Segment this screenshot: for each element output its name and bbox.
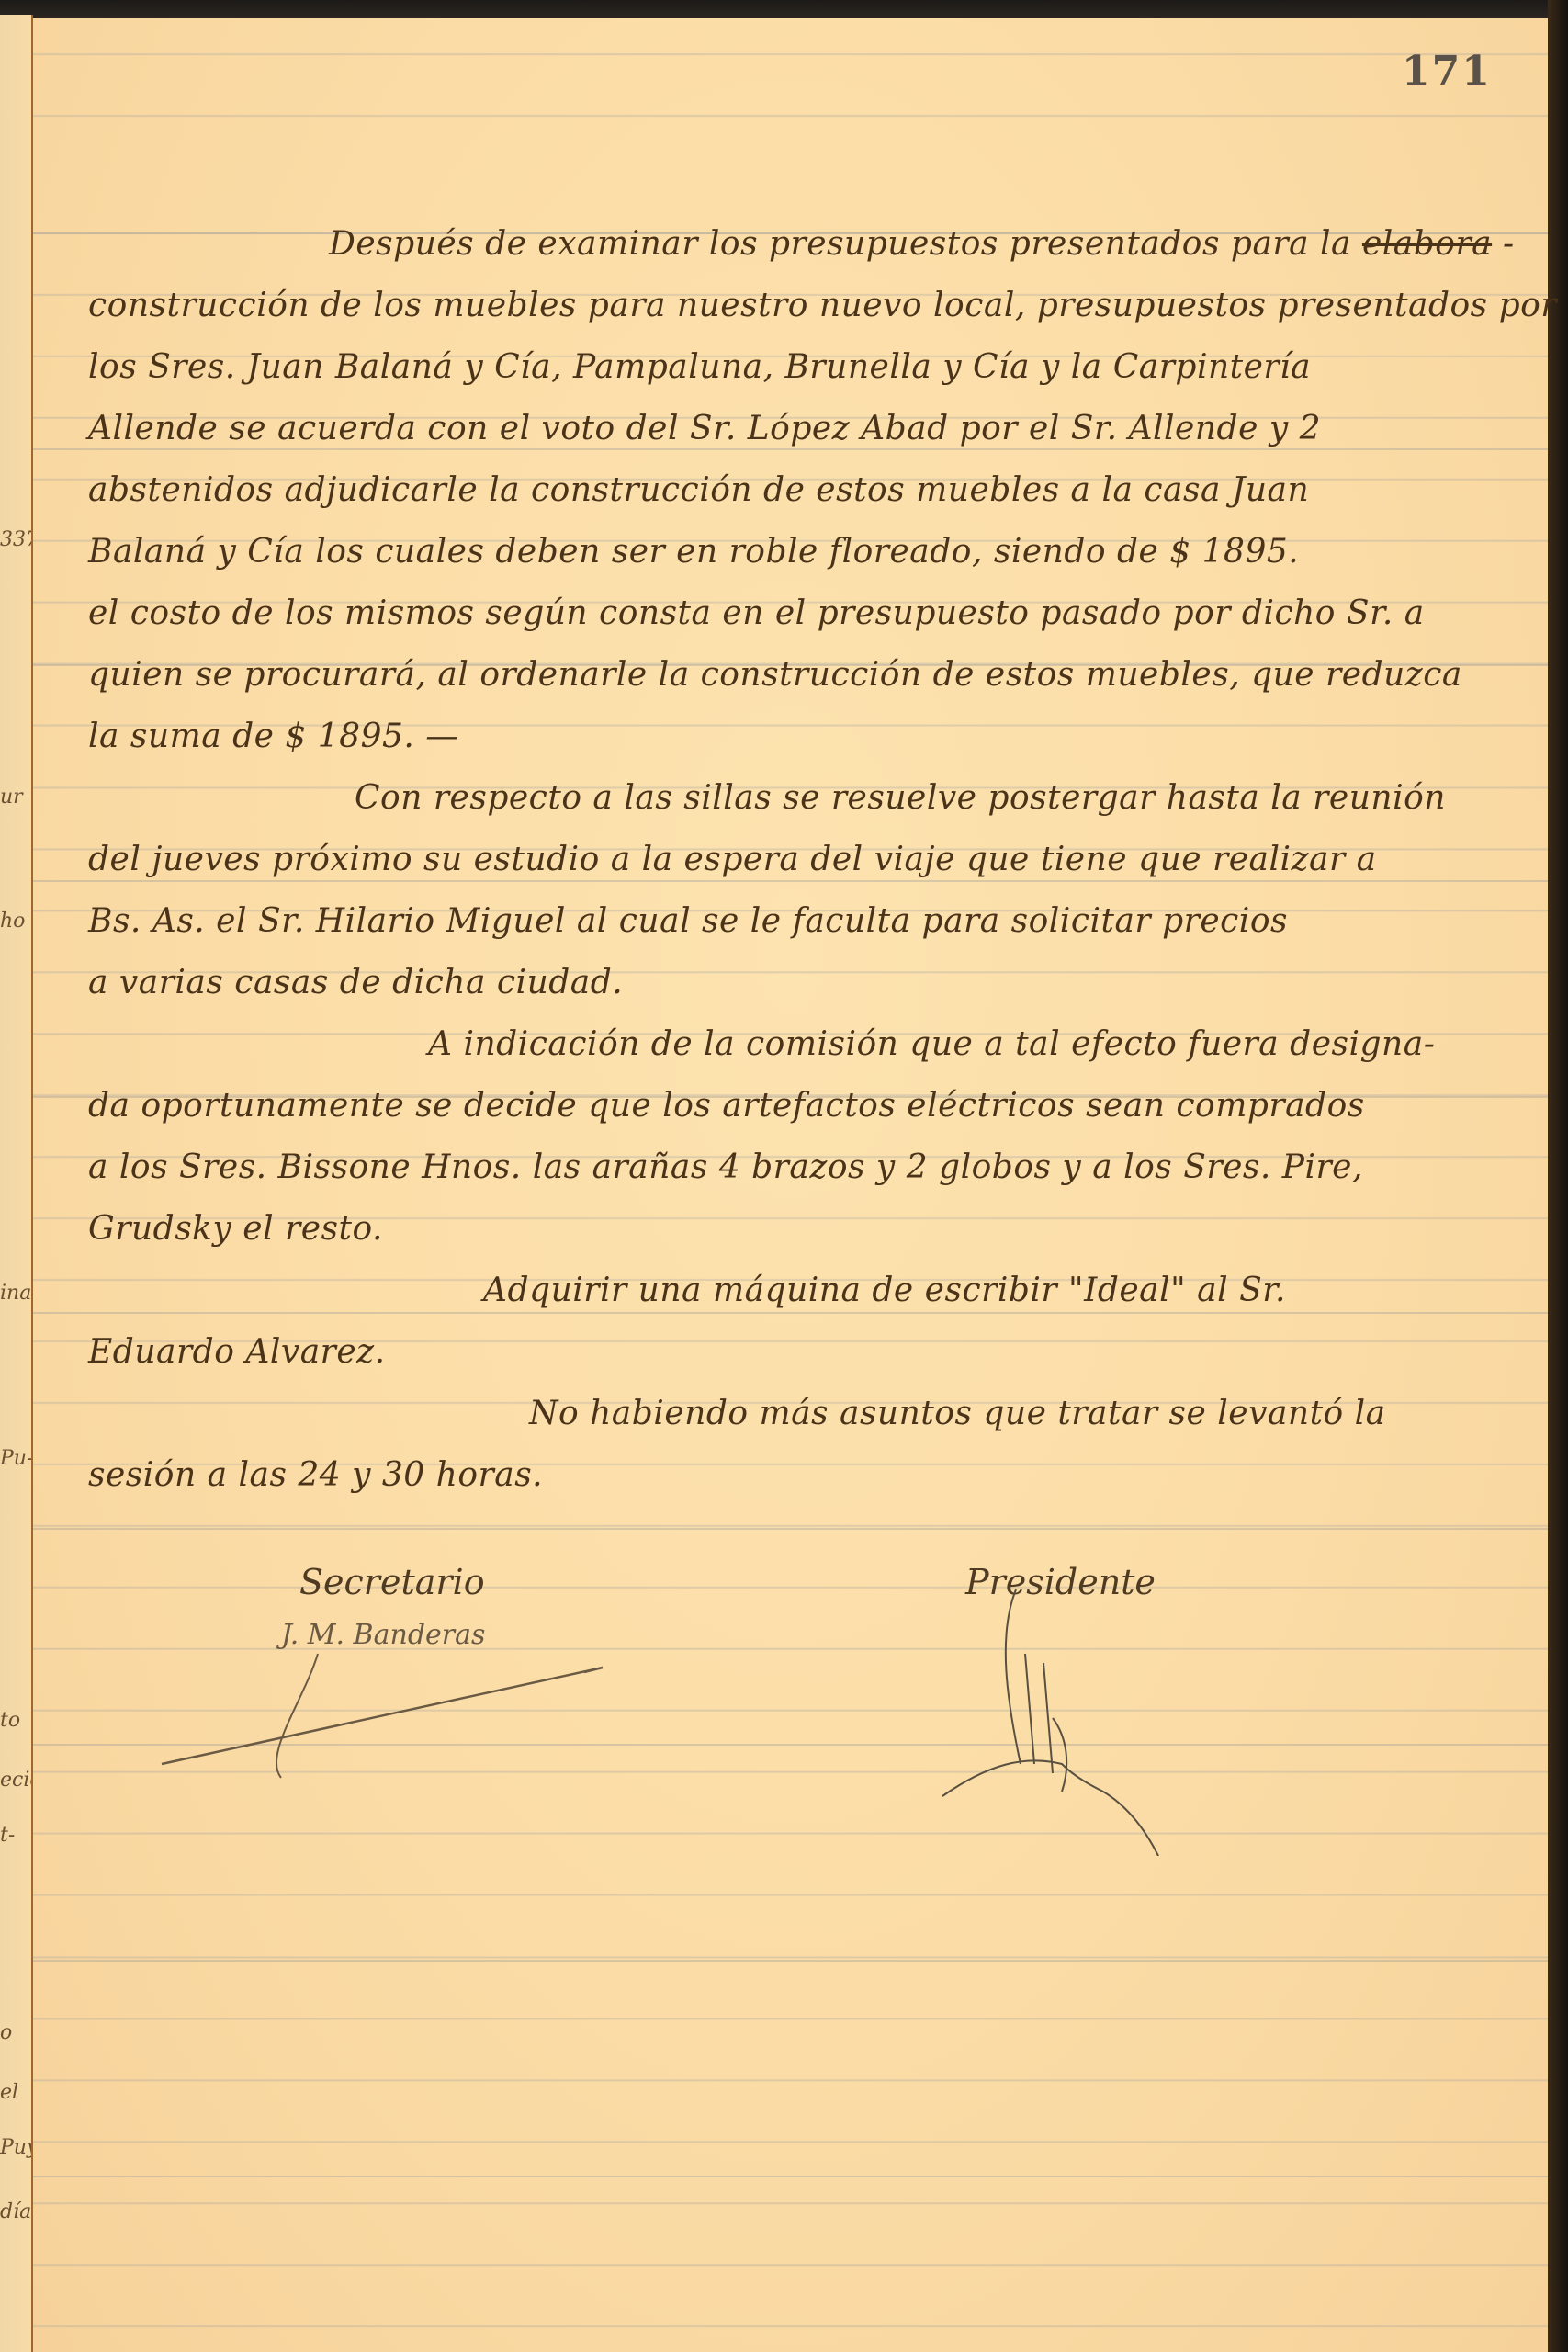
previous-page-margin: 337 ur ho ina Pu- to ecio t- o el Puya d… (0, 15, 33, 2352)
text-line: a los Sres. Bissone Hnos. las arañas 4 b… (88, 1136, 1558, 1198)
text-line: a varias casas de dicha ciudad. (88, 952, 1558, 1013)
president-signature-scrawl-icon (915, 1580, 1218, 1856)
margin-fragment: o (0, 2021, 12, 2044)
text-line: la suma de $ 1895. — (88, 706, 1558, 767)
text-line: Con respecto a las sillas se resuelve po… (88, 767, 1558, 829)
text-line: quien se procurará, al ordenarle la cons… (88, 644, 1558, 706)
margin-fragment: Puya (0, 2136, 33, 2159)
margin-fragment: el (0, 2081, 18, 2104)
text-line: del jueves próximo su estudio a la esper… (88, 829, 1558, 890)
text-line: Bs. As. el Sr. Hilario Miguel al cual se… (88, 890, 1558, 952)
text-line: construcción de los muebles para nuestro… (88, 275, 1558, 336)
text-line: No habiendo más asuntos que tratar se le… (88, 1383, 1558, 1444)
text-line: Allende se acuerda con el voto del Sr. L… (88, 398, 1558, 459)
text-line: Adquirir una máquina de escribir "Ideal"… (88, 1260, 1558, 1321)
text-line: sesión a las 24 y 30 horas. (88, 1444, 1558, 1506)
text-line: abstenidos adjudicarle la construcción d… (88, 459, 1558, 521)
ledger-page: 171 Después de examinar los presupuestos… (33, 18, 1548, 2352)
text-line: Grudsky el resto. (88, 1198, 1558, 1260)
text-line: Eduardo Alvarez. (88, 1321, 1558, 1383)
margin-fragment: ho (0, 910, 25, 933)
margin-fragment: ina (0, 1282, 31, 1305)
text-line: los Sres. Juan Balaná y Cía, Pampaluna, … (88, 336, 1558, 398)
margin-fragment: Pu- (0, 1447, 33, 1470)
text-line: da oportunamente se decide que los artef… (88, 1075, 1558, 1136)
minutes-body: Después de examinar los presupuestos pre… (88, 213, 1558, 1506)
text-line: A indicación de la comisión que a tal ef… (88, 1013, 1558, 1075)
secretary-flourish-icon (125, 1617, 639, 1792)
text-line: Balaná y Cía los cuales deben ser en rob… (88, 521, 1558, 582)
book-cover-top-edge (0, 0, 1568, 18)
margin-fragment: to (0, 1709, 20, 1732)
margin-fragment: ur (0, 786, 23, 808)
text-line: Después de examinar los presupuestos pre… (88, 213, 1558, 275)
struck-word: elabora (1362, 225, 1492, 263)
margin-fragment: ecio (0, 1769, 33, 1792)
margin-fragment: t- (0, 1824, 15, 1847)
secretary-label: Secretario (299, 1562, 485, 1602)
text-line: el costo de los mismos según consta en e… (88, 582, 1558, 644)
margin-fragment: 337 (0, 528, 33, 551)
margin-fragment: día (0, 2200, 31, 2223)
page-number: 171 (1402, 48, 1492, 95)
